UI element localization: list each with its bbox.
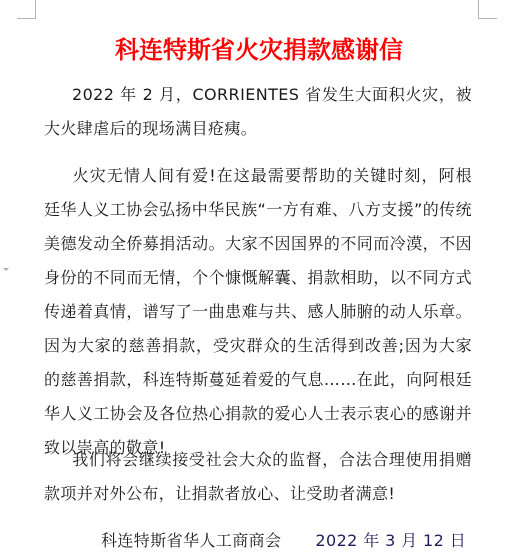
document-title: 科连特斯省火灾捐款感谢信: [0, 33, 518, 67]
paragraph-marker-icon: [3, 268, 9, 271]
paragraph-2: 火灾无情人间有爱!在这最需要帮助的关键时刻，阿根廷华人义工协会弘扬中华民族“一方…: [44, 159, 472, 465]
paragraph-3: 我们将会继续接受社会大众的监督，合法合理使用捐赠款项并对外公布，让捐款者放心、让…: [44, 443, 472, 511]
signature-date: 2022 年 3 月 12 日: [315, 531, 466, 550]
signature-organization: 科连特斯省华人工商商会: [101, 531, 281, 550]
paragraph-1-text: 2022 年 2 月，CORRIENTES 省发生大面积火灾，被大火肆虐后的现场…: [44, 85, 472, 138]
paragraph-3-text: 我们将会继续接受社会大众的监督，合法合理使用捐赠款项并对外公布，让捐款者放心、让…: [44, 450, 472, 503]
paragraph-2-text: 火灾无情人间有爱!在这最需要帮助的关键时刻，阿根廷华人义工协会弘扬中华民族“一方…: [44, 166, 472, 457]
paragraph-1: 2022 年 2 月，CORRIENTES 省发生大面积火灾，被大火肆虐后的现场…: [44, 78, 472, 146]
page-corner-mark-top-right: [478, 0, 497, 19]
signature-line: 科连特斯省华人工商商会2022 年 3 月 12 日: [101, 524, 466, 558]
page-corner-mark-top-left: [17, 0, 36, 19]
